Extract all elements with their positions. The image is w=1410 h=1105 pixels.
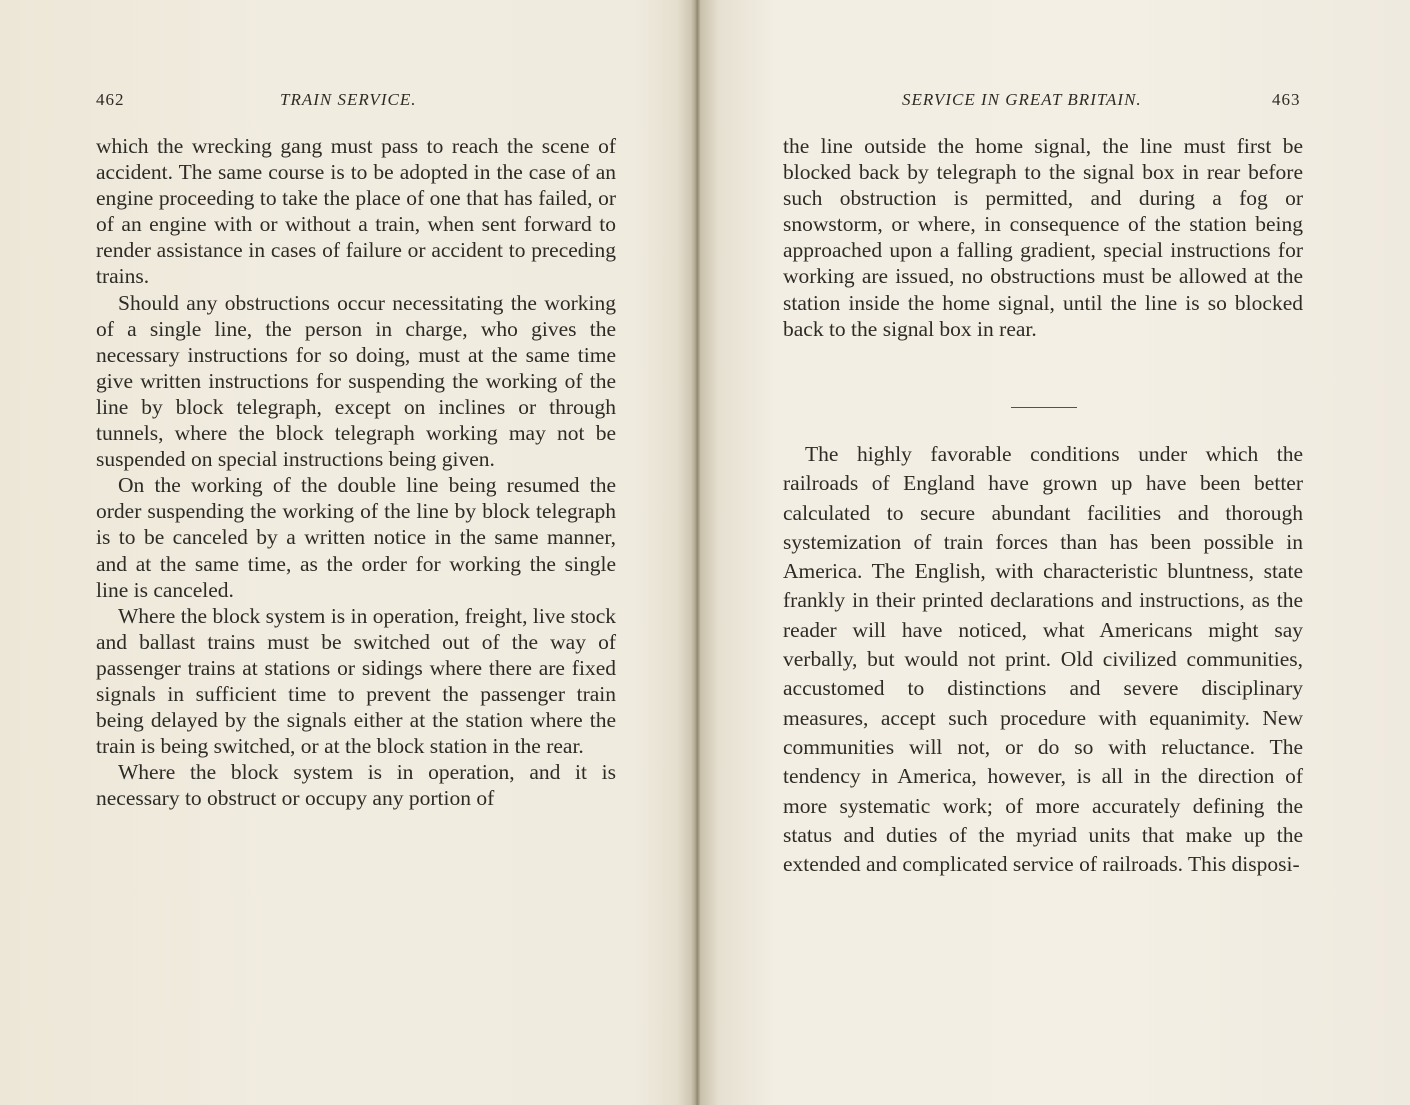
right-running-title: SERVICE IN GREAT BRITAIN.: [902, 90, 1142, 110]
left-running-title: TRAIN SERVICE.: [280, 90, 416, 110]
left-page-number: 462: [96, 90, 125, 110]
section-divider: [1011, 407, 1077, 408]
left-page: 462 TRAIN SERVICE. which the wrecking ga…: [0, 0, 690, 1105]
paragraph: The highly favorable conditions under wh…: [783, 440, 1303, 879]
right-page-number: 463: [1272, 90, 1301, 110]
paragraph: Where the block system is in operation, …: [96, 759, 616, 811]
paragraph: which the wrecking gang must pass to rea…: [96, 133, 616, 290]
right-page: SERVICE IN GREAT BRITAIN. 463 the line o…: [700, 0, 1410, 1105]
right-body-text-bottom: The highly favorable conditions under wh…: [783, 440, 1303, 879]
paragraph: Where the block system is in operation, …: [96, 603, 616, 760]
left-body-text: which the wrecking gang must pass to rea…: [96, 133, 616, 811]
paragraph: On the working of the double line being …: [96, 472, 616, 602]
paragraph: the line outside the home signal, the li…: [783, 133, 1303, 342]
paragraph: Should any obstructions occur necessitat…: [96, 290, 616, 473]
book-spread: 462 TRAIN SERVICE. which the wrecking ga…: [0, 0, 1410, 1105]
right-body-text-top: the line outside the home signal, the li…: [783, 133, 1303, 342]
